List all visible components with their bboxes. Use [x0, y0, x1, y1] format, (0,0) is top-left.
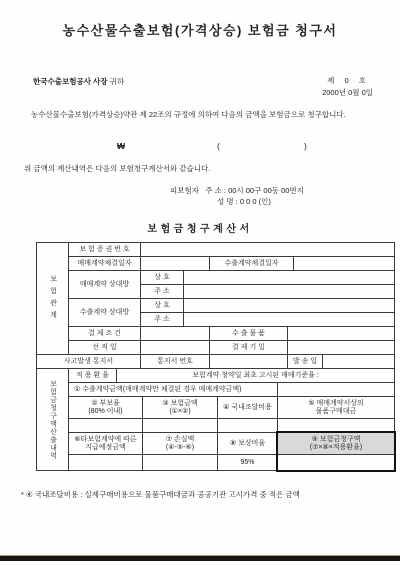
table-subrow: 상 호 — [141, 299, 394, 313]
table-row — [69, 419, 394, 433]
amount-paren-open: ( — [217, 141, 220, 151]
address-value-cell — [184, 285, 394, 298]
table-subrow: 상 호 — [141, 271, 394, 285]
sale-party-detail: 상 호 주 소 — [141, 271, 394, 298]
exchange-rate-label: 적 용 환 율 — [69, 369, 117, 382]
item9-claim-amount-label: ⑨ 보험금청구액 (⑦×⑧×적용환율) — [278, 433, 394, 454]
table-row: 사고발생 통지서 통지서 번호 발 송 일 — [37, 355, 394, 369]
item7-value-cell — [143, 455, 218, 470]
table-row: 매매계약 상대방 상 호 주 소 — [69, 271, 394, 299]
policy-number-value-cell — [141, 243, 394, 256]
item9-formula: (⑦×⑧×적용환율) — [310, 444, 362, 452]
item4-domestic-procurement-cost-label: ④ 국내조달비용 — [218, 397, 278, 418]
table-subrow: 주 소 — [141, 313, 394, 326]
export-party-detail: 상 호 주 소 — [141, 299, 394, 326]
dispatch-date-label: 발 송 일 — [288, 355, 323, 368]
document-number: 제 0 호 — [327, 75, 370, 86]
section-label-claim-calculation: 보험금청구액산출내역 — [37, 369, 69, 470]
item6-value-cell — [69, 455, 143, 470]
table-row: 보 험 증 권 번 호 — [69, 243, 394, 257]
claim-form-document: 농수산물수출보험(가격상승) 보험금 청구서 한국수출보험공사 사장 귀하 제 … — [0, 0, 400, 565]
trade-name-label: 상 호 — [141, 271, 184, 284]
item9-title: ⑨ 보험금청구액 — [312, 436, 361, 444]
item3-title: ③ 보험금액 — [162, 400, 197, 408]
payment-due-date-label: 결 제 기 일 — [210, 341, 288, 354]
export-goods-value-cell — [288, 327, 394, 340]
accident-notice-label: 사고발생 통지서 — [37, 355, 141, 368]
table-row: ① 수출계약금액(매매계약만 체결된 경우 매매계약금액) — [69, 383, 394, 397]
item5-value-cell — [278, 419, 394, 432]
notice-number-label: 통지서 번호 — [141, 355, 210, 368]
export-contract-date-value-cell — [294, 257, 394, 270]
item2-value-cell — [69, 419, 143, 432]
payment-due-date-value-cell — [288, 341, 394, 354]
table-row: 적 용 환 율 보험계약 청약일 최초 고시된 매매기준율 : — [69, 369, 394, 383]
table-row: 선 적 일 결 제 기 일 — [69, 341, 394, 355]
item6-other-insurance-payment-label: ⑥타보험계약에 따른 지급예정금액 — [69, 433, 143, 454]
page-title: 농수산물수출보험(가격상승) 보험금 청구서 — [0, 20, 400, 39]
item2-coverage-ratio-label: ② 부보율 (80% 이내) — [69, 397, 143, 418]
notice-number-value-cell — [210, 355, 288, 368]
item2-title: ② 부보율 — [91, 400, 120, 408]
insured-address: 주 소 : 00시 00구 00동 00번지 — [205, 186, 304, 195]
sale-contract-date-label: 매매계약체결일자 — [69, 257, 141, 270]
table-row: ⑥타보험계약에 따른 지급예정금액 ⑦ 손실액 (④-⑤-⑥) ⑧ 보상비율 ⑨… — [69, 433, 394, 455]
policy-number-label: 보 험 증 권 번 호 — [69, 243, 141, 256]
item7-title: ⑦ 손실액 — [166, 436, 195, 444]
sale-contract-date-value-cell — [141, 257, 210, 270]
address-label: 주 소 — [141, 313, 184, 326]
table-row: 수출계약 상대방 상 호 주 소 — [69, 299, 394, 327]
item3-value-cell — [143, 419, 218, 432]
document-date: 2000년 0월 0일 — [322, 87, 373, 98]
table-title: 보험금청구계산서 — [0, 220, 400, 235]
item8-compensation-ratio-label: ⑧ 보상비율 — [218, 433, 278, 454]
shipping-date-value-cell — [141, 341, 210, 354]
insured-label: 피보험자 — [170, 186, 199, 195]
export-party-label: 수출계약 상대방 — [69, 299, 141, 326]
table-row: 95% — [69, 455, 394, 470]
sale-party-label: 매매계약 상대방 — [69, 271, 141, 298]
item2-subtitle: (80% 이내) — [88, 408, 122, 416]
item7-loss-amount-label: ⑦ 손실액 (④-⑤-⑥) — [143, 433, 218, 454]
trade-name-value-cell — [184, 271, 394, 284]
recipient-honorific: 귀하 — [110, 77, 125, 86]
item4-value-cell — [218, 419, 278, 432]
address-label: 주 소 — [141, 285, 184, 298]
claim-statement: 농수산물수출보험(가격상승)약관 제 22조의 규정에 의하여 다음의 금액을 … — [24, 108, 378, 122]
item7-formula: (④-⑤-⑥) — [166, 444, 194, 452]
recipient-line: 한국수출보험공사 사장 귀하 — [33, 76, 124, 87]
section-label-insurance-relation: 보험관계 — [37, 243, 69, 355]
insured-block: 피보험자 주 소 : 00시 00구 00동 00번지 성 명 : 0 0 0 … — [170, 185, 304, 207]
address-value-cell — [184, 313, 394, 326]
won-currency-symbol: ₩ — [117, 141, 125, 151]
calc-statement: 위 금액의 계산내역은 다음의 보험청구계산서와 같습니다. — [24, 163, 210, 174]
item3-formula: (①×②) — [169, 408, 190, 416]
item6-title: ⑥타보험계약에 따른 — [74, 436, 136, 444]
item9-value-cell — [278, 455, 394, 470]
recipient-name: 한국수출보험공사 사장 — [33, 77, 108, 86]
dispatch-date-value-cell — [323, 355, 394, 368]
trade-name-label: 상 호 — [141, 299, 184, 312]
export-goods-label: 수 출 물 품 — [210, 327, 288, 340]
footnote: * ④ 국내조달비용 : 실제구매비용으로 물품구매대금과 공공기관 고시가격 … — [21, 489, 300, 500]
item5-title: ⑤ 매매계약서상의 — [308, 400, 364, 408]
claim-amount-line: ₩ ( ) — [0, 141, 400, 153]
insured-address-line: 피보험자 주 소 : 00시 00구 00동 00번지 — [170, 185, 304, 196]
payment-terms-value-cell — [141, 327, 210, 340]
table-row: 매매계약체결일자 수출계약체결일자 — [69, 257, 394, 271]
table-subrow: 주 소 — [141, 285, 394, 298]
amount-paren-close: ) — [304, 141, 307, 151]
shipping-date-label: 선 적 일 — [69, 341, 141, 354]
item8-ratio-value: 95% — [218, 455, 278, 470]
item5-goods-purchase-price-label: ⑤ 매매계약서상의 물품구매대금 — [278, 397, 394, 418]
item5-subtitle: 물품구매대금 — [316, 408, 357, 416]
insured-name-line: 성 명 : 0 0 0 (인) — [217, 196, 304, 207]
claim-calculation-table: 보험관계 보험금청구액산출내역 보 험 증 권 번 호 매매계약체결일자 수출계… — [36, 242, 395, 471]
item3-insured-amount-label: ③ 보험금액 (①×②) — [143, 397, 218, 418]
table-row: 결 제 조 건 수 출 물 품 — [69, 327, 394, 341]
table-row: ② 부보율 (80% 이내) ③ 보험금액 (①×②) ④ 국내조달비용 ⑤ 매… — [69, 397, 394, 419]
item1-value-cell — [278, 383, 394, 396]
export-contract-date-label: 수출계약체결일자 — [210, 257, 294, 270]
payment-terms-label: 결 제 조 건 — [69, 327, 141, 340]
page-bottom-edge — [0, 555, 400, 561]
trade-name-value-cell — [184, 299, 394, 312]
exchange-rate-note: 보험계약 청약일 최초 고시된 매매기준율 : — [117, 369, 394, 382]
item6-subtitle: 지급예정금액 — [85, 444, 126, 452]
item1-export-contract-amount-label: ① 수출계약금액(매매계약만 체결된 경우 매매계약금액) — [69, 383, 278, 396]
